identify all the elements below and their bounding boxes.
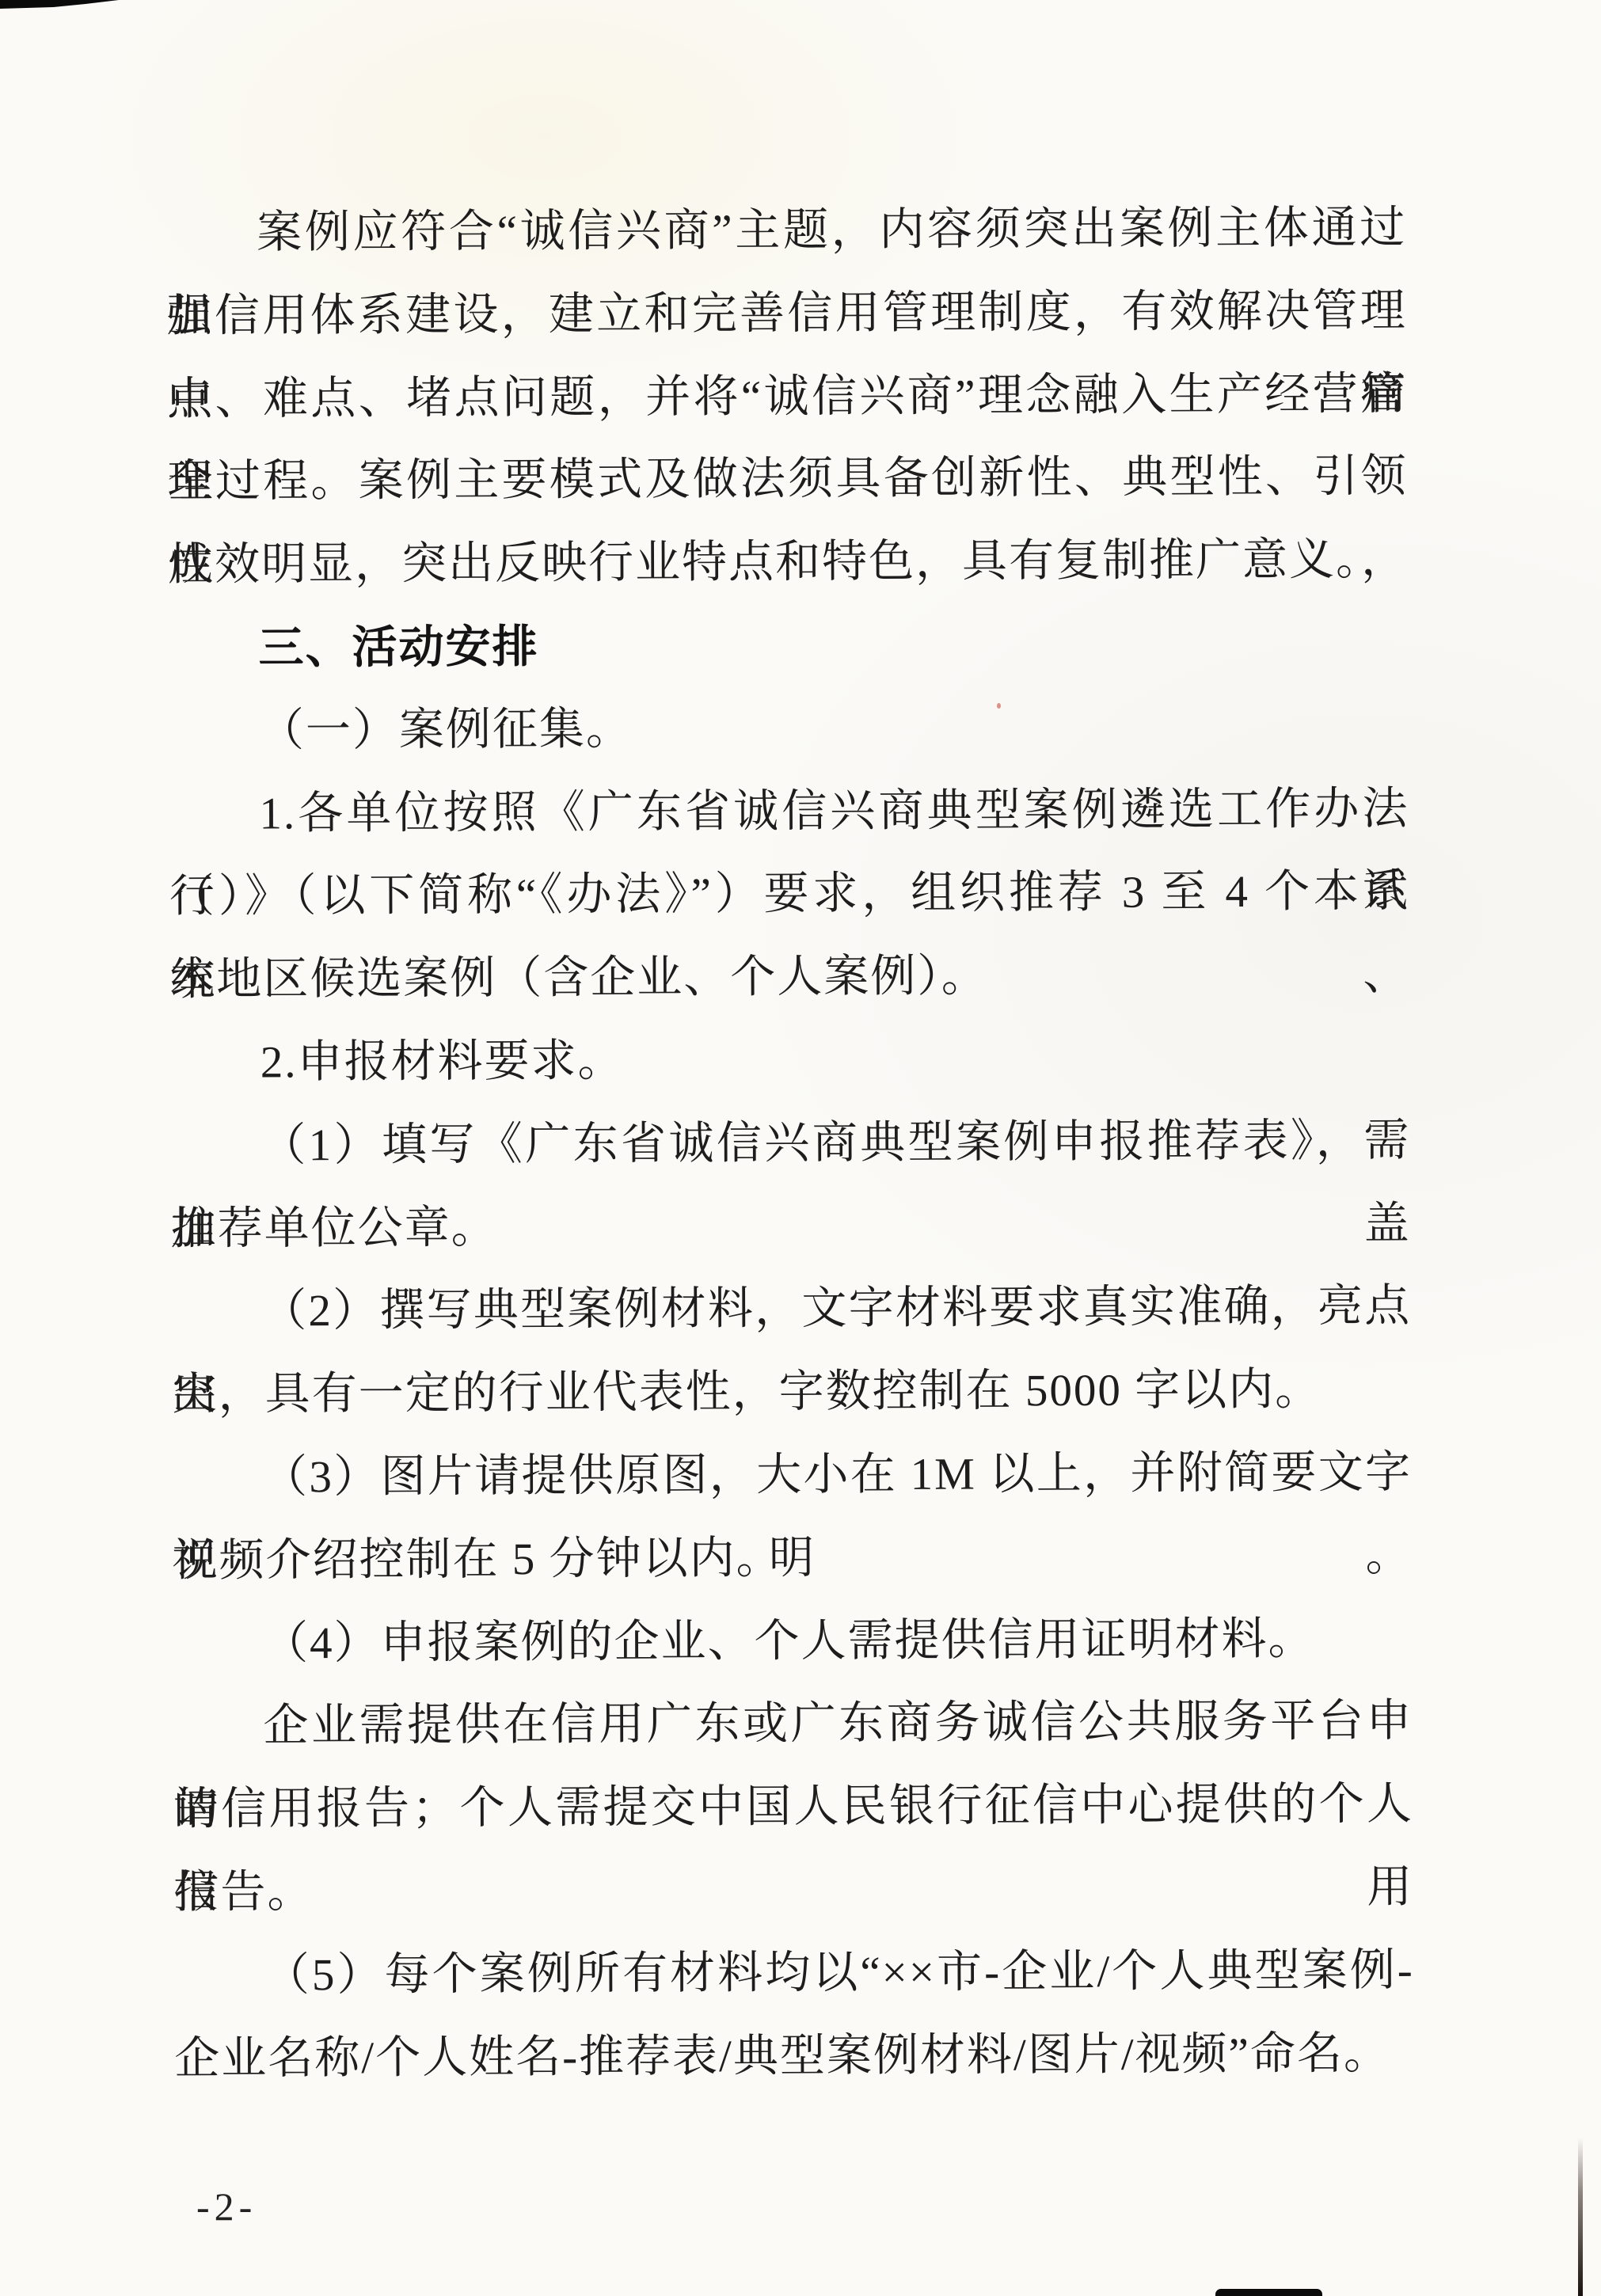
text-line: （2）撰写典型案例材料，文字材料要求真实准确，亮点突 (171, 1266, 1411, 1355)
text-line: 全过程。案例主要模式及做法须具备创新性、典型性、引领性， (167, 436, 1407, 525)
document-body: 案例应符合“诚信兴商”主题，内容须突出案例主体通过加强信用体系建设，建立和完善信… (166, 187, 1415, 2100)
text-line: 的信用报告；个人需提交中国人民银行征信中心提供的个人信用 (173, 1763, 1413, 1852)
text-line: （1）填写《广东省诚信兴商典型案例申报推荐表》，需加盖 (170, 1100, 1410, 1188)
document-page: 案例应符合“诚信兴商”主题，内容须突出案例主体通过加强信用体系建设，建立和完善信… (0, 0, 1601, 2296)
text-line: 强信用体系建设，建立和完善信用管理制度，有效解决管理中痛 (166, 270, 1406, 359)
text-line: （3）图片请提供原图，大小在 1M 以上，并附简要文字说明。 (172, 1431, 1412, 1520)
text-line: 成效明显，突出反映行业特点和特色，具有复制推广意义。 (168, 519, 1408, 607)
text-line: 行）》（以下简称“《办法》”）要求，组织推荐 3 至 4 个本系统、 (169, 851, 1409, 940)
text-line: （一）案例征集。 (169, 685, 1409, 774)
text-line: 点、难点、堵点问题，并将“诚信兴商”理念融入生产经营管理 (167, 353, 1407, 442)
text-line: 企业名称/个人姓名-推荐表/典型案例材料/图片/视频”命名。 (174, 2013, 1414, 2101)
text-line: 出，具有一定的行业代表性，字数控制在 5000 字以内。 (171, 1348, 1411, 1437)
text-line: （5）每个案例所有材料均以“××市-企业/个人典型案例- (174, 1929, 1414, 2018)
text-line: 案例应符合“诚信兴商”主题，内容须突出案例主体通过加 (166, 187, 1406, 276)
scan-artifact-right-edge (1578, 2138, 1583, 2296)
text-line: 2.申报材料要求。 (170, 1017, 1410, 1105)
section-heading-line: 三、活动安排 (168, 602, 1408, 690)
scan-artifact-bottom-edge (1215, 2289, 1322, 2296)
text-line: 1.各单位按照《广东省诚信兴商典型案例遴选工作办法（试 (169, 768, 1409, 857)
page-number: -2- (196, 2184, 257, 2229)
text-line: （4）申报案例的企业、个人需提供信用证明材料。 (173, 1598, 1413, 1686)
text-line: 企业需提供在信用广东或广东商务诚信公共服务平台申请 (173, 1680, 1413, 1769)
scan-artifact-top-left (0, 0, 119, 9)
